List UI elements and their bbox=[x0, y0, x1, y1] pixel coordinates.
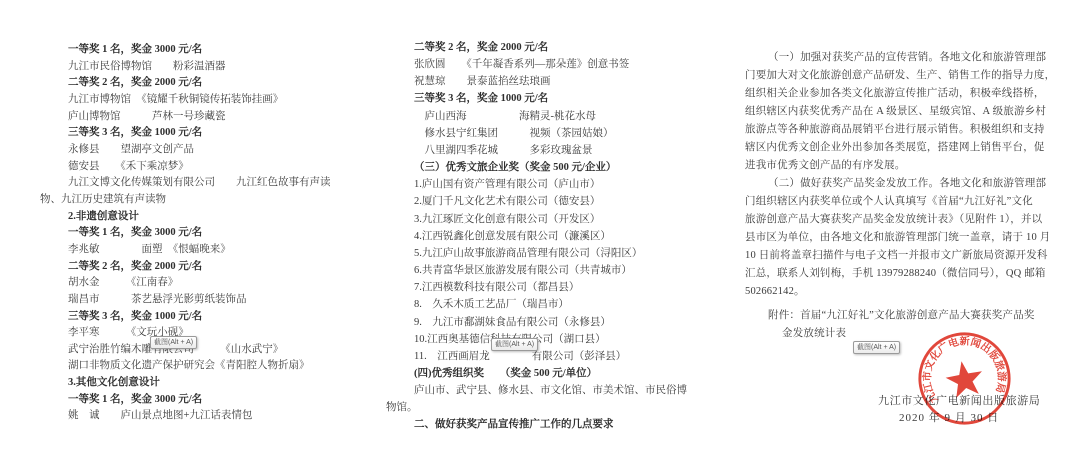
text-line: 3.其他文化创意设计 bbox=[40, 375, 358, 392]
text-line: 进我市优秀文创产品的有序发展。 bbox=[745, 157, 1057, 175]
text-line: 金发放统计表 bbox=[745, 325, 1057, 343]
text-line: 八里湖四季花城 多彩玫瑰盆景 bbox=[386, 142, 718, 159]
text-line: 门组织辖区内获奖单位或个人认真填写《首届“九江好礼”文化 bbox=[745, 193, 1057, 211]
text-line: （三）优秀文旅企业奖（奖金 500 元/企业） bbox=[386, 159, 718, 176]
text-line: 武宁治胜竹编木雕有限公司 《山水武宁》 bbox=[40, 342, 358, 359]
screenshot-hint-tooltip: 截图(Alt + A) bbox=[491, 338, 538, 351]
text-line: 一等奖 1 名，奖金 3000 元/名 bbox=[40, 225, 358, 242]
official-seal: 九江市文化广电新闻出版旅游局 bbox=[908, 322, 1020, 434]
text-line: 德安县 《禾下乘凉梦》 bbox=[40, 159, 358, 176]
screenshot-hint-tooltip: 截图(Alt + A) bbox=[853, 341, 900, 354]
text-line: 9. 九江市鄱湖妹食品有限公司（永修县） bbox=[386, 314, 718, 331]
text-line: 庐山市、武宁县、修水县、市文化馆、市美术馆、市民俗博 bbox=[386, 382, 718, 399]
text-line: 永修县 望湖亭文创产品 bbox=[40, 142, 358, 159]
text-line: 三等奖 3 名，奖金 1000 元/名 bbox=[40, 309, 358, 326]
text-line: 九江文博文化传媒策划有限公司 九江红色故事有声读 bbox=[40, 175, 358, 192]
document-canvas: 一等奖 1 名，奖金 3000 元/名九江市民俗博物馆 粉彩温酒器二等奖 2 名… bbox=[0, 0, 1080, 458]
text-line: 汇总，联系人刘钊梅，手机 13979288240（微信同号），QQ 邮箱 bbox=[745, 265, 1057, 283]
text-line: 姚 诚 庐山景点地图+九江话表情包 bbox=[40, 408, 358, 425]
text-line: 九江市民俗博物馆 粉彩温酒器 bbox=[40, 59, 358, 76]
text-line: 5.九江庐山故事旅游商品管理有限公司（浔阳区） bbox=[386, 245, 718, 262]
text-line: 11. 江西画眉龙 有限公司（彭泽县） bbox=[386, 348, 718, 365]
text-line: 祝慧琼 景泰蓝掐丝珐琅画 bbox=[386, 73, 718, 90]
page-column-1: 一等奖 1 名，奖金 3000 元/名九江市民俗博物馆 粉彩温酒器二等奖 2 名… bbox=[40, 42, 358, 425]
text-line: 一等奖 1 名，奖金 3000 元/名 bbox=[40, 42, 358, 59]
text-line: 修水县宁红集团 视频（茶园姑娘） bbox=[386, 125, 718, 142]
text-line: 三等奖 3 名，奖金 1000 元/名 bbox=[386, 90, 718, 107]
text-line: 庐山博物馆 芦林一号珍藏瓷 bbox=[40, 109, 358, 126]
text-line: （一）加强对获奖产品的宣传营销。各地文化和旅游管理部 bbox=[745, 49, 1057, 67]
text-line: 二等奖 2 名，奖金 2000 元/名 bbox=[40, 259, 358, 276]
text-line: 三等奖 3 名，奖金 1000 元/名 bbox=[40, 125, 358, 142]
text-line: 2.非遗创意设计 bbox=[40, 209, 358, 226]
text-line: 502662142。 bbox=[745, 283, 1057, 301]
text-line: 二等奖 2 名，奖金 2000 元/名 bbox=[40, 75, 358, 92]
text-line: 附件：首届“九江好礼”文化旅游创意产品大赛获奖产品奖 bbox=[745, 307, 1057, 325]
text-line: 九江市博物馆 《镜耀千秋铜镜传拓装饰挂画》 bbox=[40, 92, 358, 109]
text-line: 瑞昌市 茶艺悬浮光影剪纸装饰品 bbox=[40, 292, 358, 309]
text-line: 6.共青富华景区旅游发展有限公司（共青城市） bbox=[386, 262, 718, 279]
text-line: 县市区为单位，由各地文化和旅游管理部门统一盖章，请于 10 月 bbox=[745, 229, 1057, 247]
text-line: 李兆敏 面塑 《恨蝠晚来》 bbox=[40, 242, 358, 259]
text-line: 门要加大对文化旅游创意产品研发、生产、销售工作的指导力度， bbox=[745, 67, 1057, 85]
text-line: 3.九江琢匠文化创意有限公司（开发区） bbox=[386, 211, 718, 228]
text-line: 8. 久禾木质工艺品厂（瑞昌市） bbox=[386, 296, 718, 313]
text-line: 二等奖 2 名，奖金 2000 元/名 bbox=[386, 39, 718, 56]
text-line: 7.江西模数科技有限公司（都昌县） bbox=[386, 279, 718, 296]
text-line: 10.江西奥基德信科技有限公司（湖口县） bbox=[386, 331, 718, 348]
text-line: 旅游点等各种旅游商品展销平台进行展示销售。积极组织和支持 bbox=[745, 121, 1057, 139]
text-line: 湖口非物质文化遗产保护研究会《青阳腔人物折扇》 bbox=[40, 358, 358, 375]
text-line: 李平寒 《文玩小砚》 bbox=[40, 325, 358, 342]
text-line: 物馆。 bbox=[386, 399, 718, 416]
text-line: 2.厦门千凡文化艺术有限公司（德安县） bbox=[386, 193, 718, 210]
seal-star-icon bbox=[943, 358, 985, 399]
text-line: 组织辖区内获奖优秀产品在 A 级景区、星级宾馆、A 级旅游乡村 bbox=[745, 103, 1057, 121]
page-column-3: （一）加强对获奖产品的宣传营销。各地文化和旅游管理部门要加大对文化旅游创意产品研… bbox=[745, 49, 1057, 343]
text-line: 二、做好获奖产品宣传推广工作的几点要求 bbox=[386, 416, 718, 433]
text-line: （二）做好获奖产品奖金发放工作。各地文化和旅游管理部 bbox=[745, 175, 1057, 193]
screenshot-hint-tooltip: 截图(Alt + A) bbox=[150, 336, 197, 349]
text-line: 1.庐山国有资产管理有限公司（庐山市） bbox=[386, 176, 718, 193]
text-line: 胡水金 《江南春》 bbox=[40, 275, 358, 292]
text-line: 物、九江历史建筑有声读物 bbox=[40, 192, 358, 209]
text-line: 一等奖 1 名，奖金 3000 元/名 bbox=[40, 392, 358, 409]
text-line: 组织相关企业参加各类文化旅游宣传推广活动，积极牵线搭桥， bbox=[745, 85, 1057, 103]
text-line: 4.江西锐鑫化创意发展有限公司（濂溪区） bbox=[386, 228, 718, 245]
text-line: (四)优秀组织奖 （奖金 500 元/单位） bbox=[386, 365, 718, 382]
page-column-2: 二等奖 2 名，奖金 2000 元/名张欣圆 《千年凝香系列—那朵莲》创意书签祝… bbox=[386, 39, 718, 434]
text-line: 辖区内优秀文创企业外出参加各类展览，搭建网上销售平台，促 bbox=[745, 139, 1057, 157]
text-line: 旅游创意产品大赛获奖产品奖金发放统计表》（见附件 1），并以 bbox=[745, 211, 1057, 229]
text-line: 庐山西海 海精灵-桃花水母 bbox=[386, 108, 718, 125]
text-line: 张欣圆 《千年凝香系列—那朵莲》创意书签 bbox=[386, 56, 718, 73]
text-line: 10 日前将盖章扫描件与电子文档一并报市文广新旅局资源开发科 bbox=[745, 247, 1057, 265]
